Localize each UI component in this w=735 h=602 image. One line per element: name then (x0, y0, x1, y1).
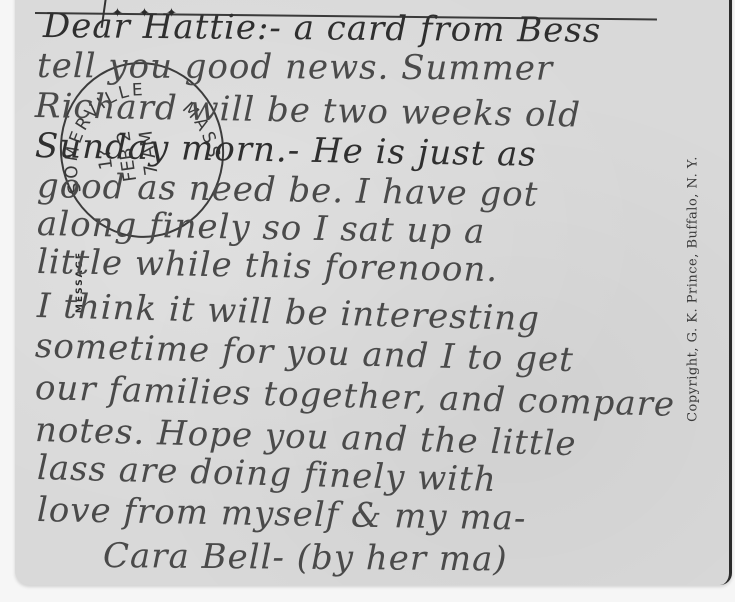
signature-line: Cara Bell- (by her ma) (103, 536, 508, 580)
message-line: Dear Hattie:- a card from Bess (43, 6, 602, 51)
message-line: tell you good news. Summer (37, 46, 553, 89)
message-line: love from myself & my ma- (37, 490, 527, 539)
message-line: little while this forenoon. (37, 242, 499, 290)
copyright-notice: Copyright, G. K. Prince, Buffalo, N. Y. (683, 94, 703, 484)
postcard-back: ✦ ✦ ✦ SOMERVILLE MASS 1? FEB 2 7 AM MESS… (15, 0, 732, 585)
